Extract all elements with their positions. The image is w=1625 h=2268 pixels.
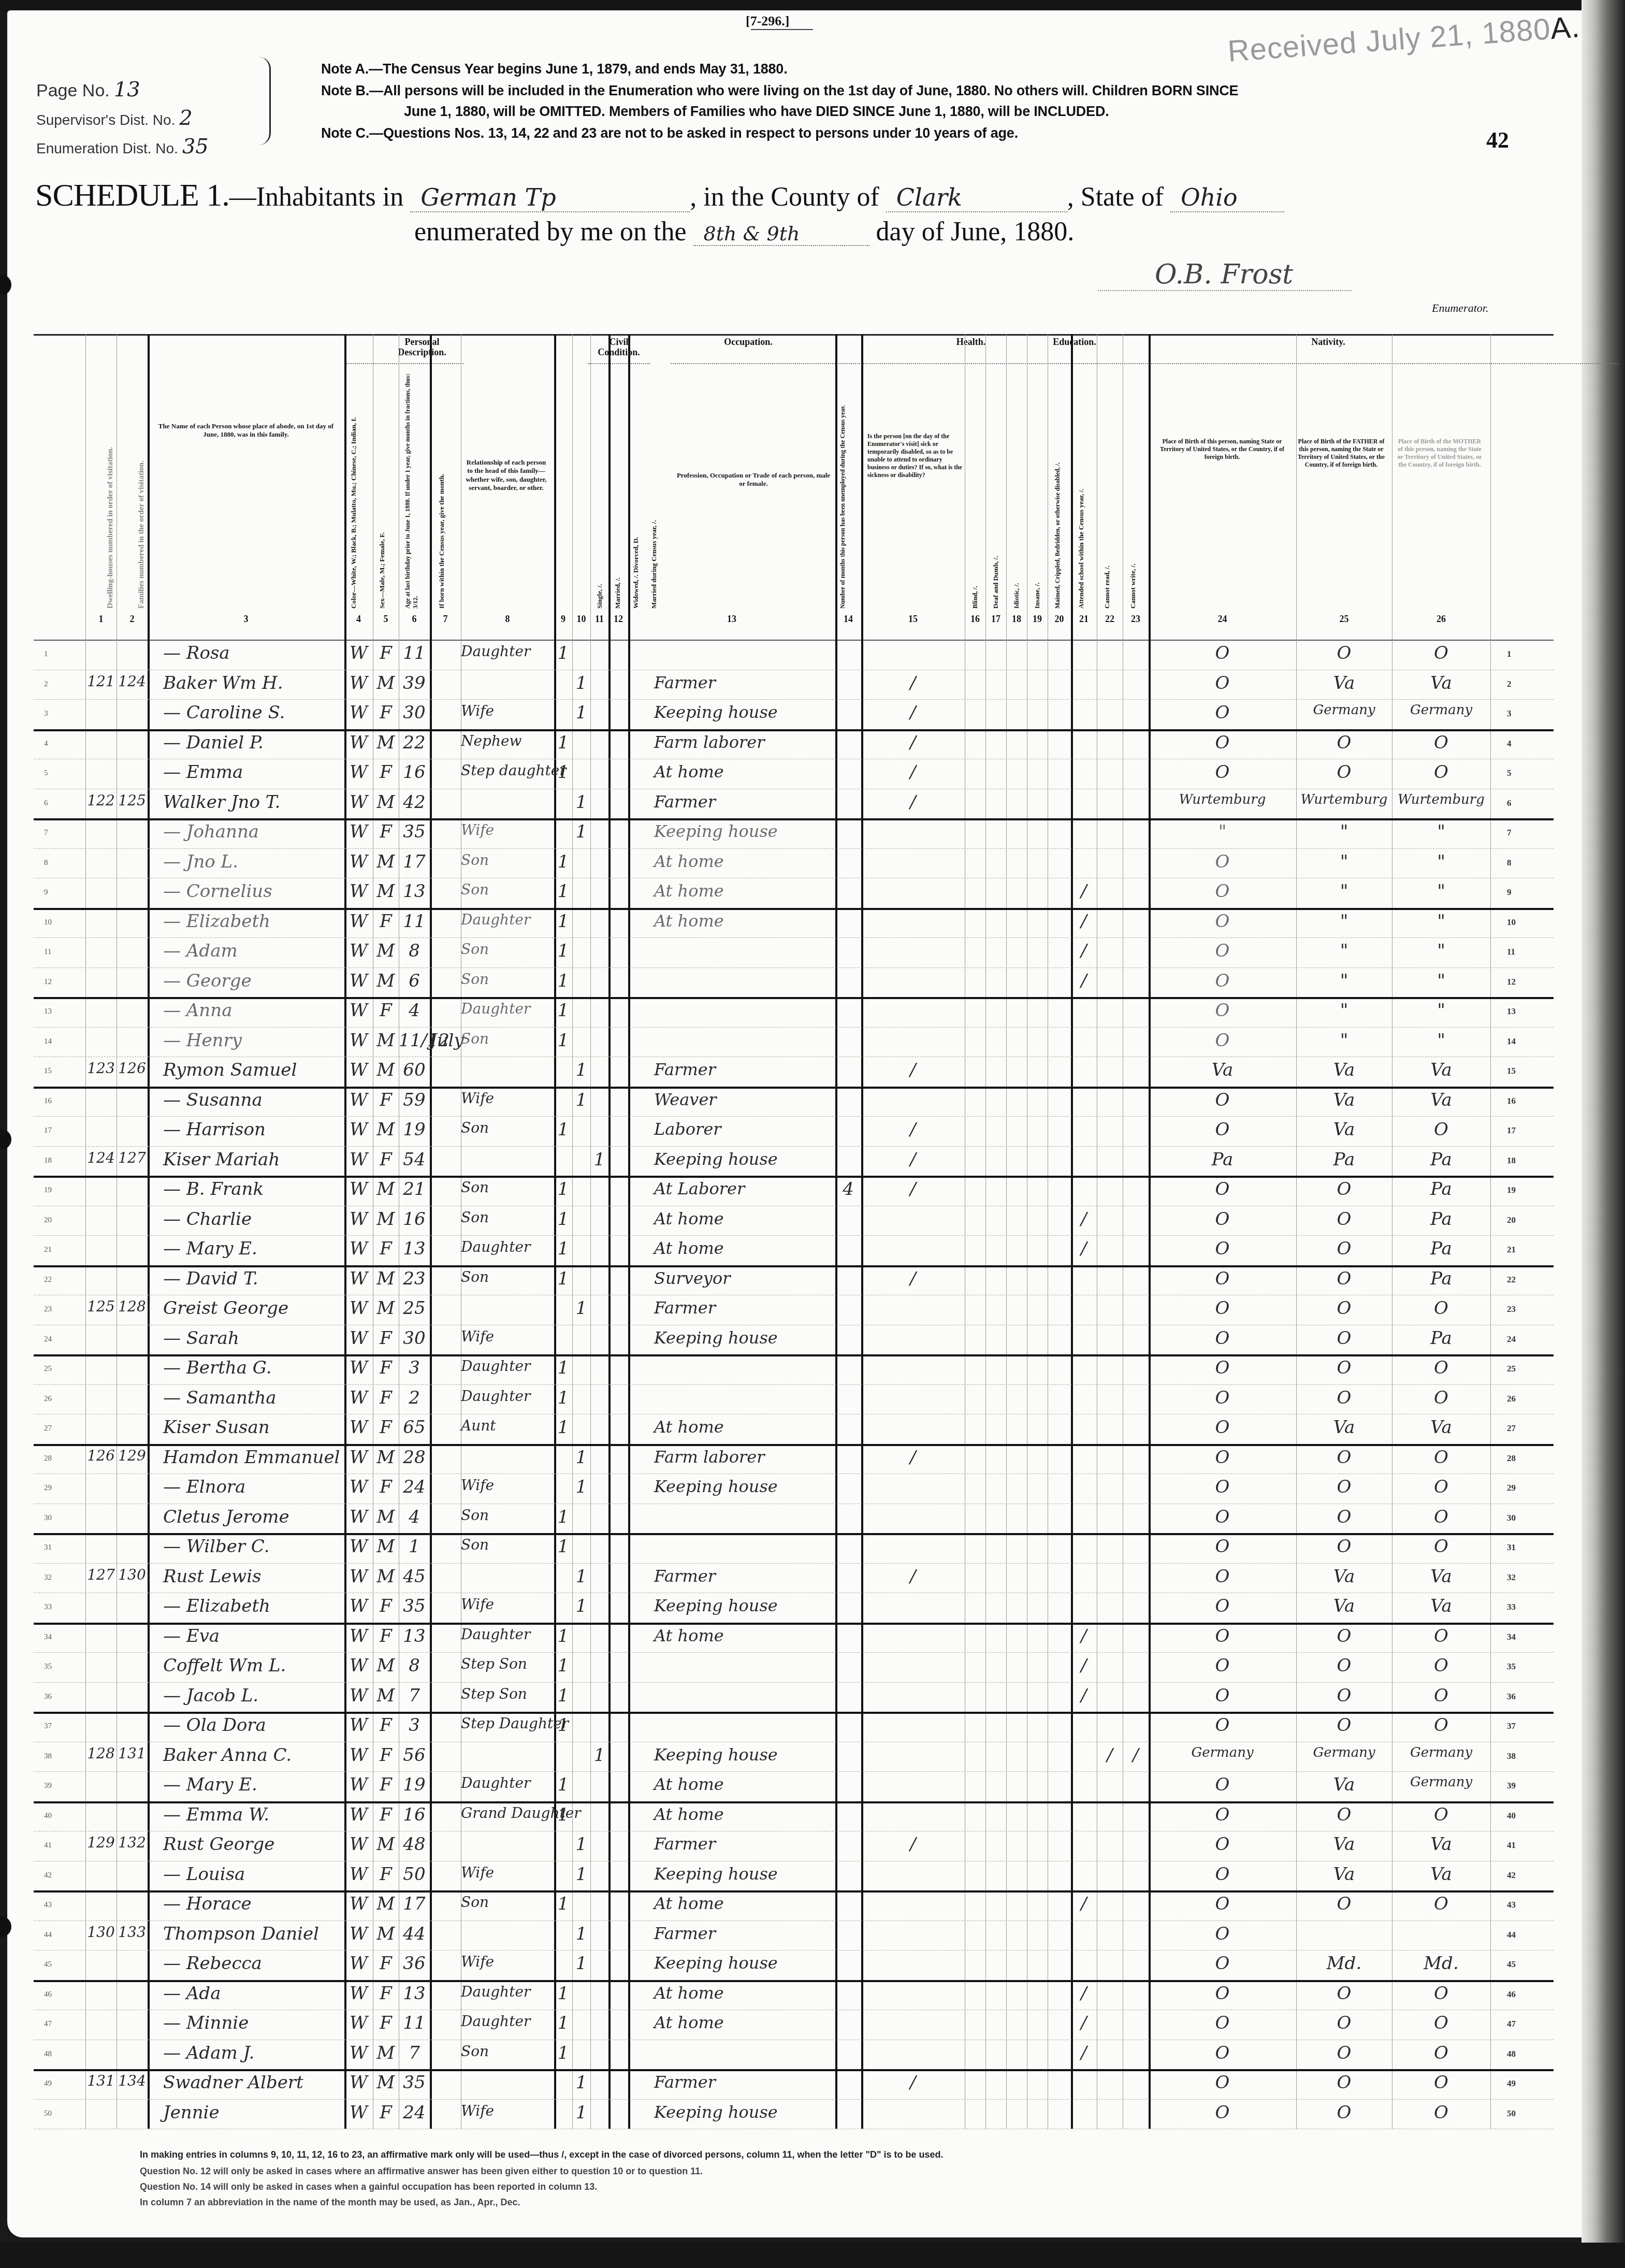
column-number: 24 [1149,614,1296,625]
occupation: Keeping house [628,1953,861,1973]
father-birthplace: O [1296,1179,1392,1200]
person-name: — Ada [148,1983,360,2004]
line-number: 23 [44,1305,52,1314]
color: W [344,881,373,902]
married: 1 [572,1834,590,1855]
column-number: 18 [1006,614,1027,625]
color: W [344,1983,373,2004]
birthplace: O [1149,911,1296,932]
mother-birthplace: Wurtemburg [1392,792,1490,807]
father-birthplace: Va [1296,1090,1392,1110]
occupation: At home [628,2013,861,2032]
line-number: 50 [44,2110,52,2118]
relationship: Son [461,1536,554,1553]
sex: F [373,1477,399,1497]
birthplace: O [1149,1090,1296,1110]
sex: F [373,2013,399,2033]
widowed: 1 [590,1149,608,1170]
birthplace: O [1149,1298,1296,1319]
occupation: At home [628,1894,861,1913]
father-birthplace: Va [1296,1566,1392,1587]
color: W [344,821,373,842]
line-number: 45 [1507,1959,1516,1970]
married: 1 [572,1298,590,1319]
header-insane: Insane, /. [1033,552,1041,609]
enumeration-date: enumerated by me on the 8th & 9th day of… [414,216,1074,247]
birthplace: O [1149,1268,1296,1289]
age: 59 [399,1090,430,1110]
father-birthplace: " [1296,851,1392,872]
father-birthplace: " [1296,1000,1392,1021]
age: 28 [399,1447,430,1468]
line-number: 11 [44,948,51,957]
line-number: 46 [44,1990,52,1999]
person-name: — Samantha [148,1388,360,1408]
birthplace: O [1149,1626,1296,1646]
age: 11 [399,643,430,663]
line-number: 36 [1507,1692,1516,1702]
occupation: At home [628,911,861,931]
line-number: 16 [44,1097,52,1106]
table-row: 1212— GeorgeWM6Son1/O"" [34,967,1554,1000]
birthplace: O [1149,1894,1296,1914]
mother-birthplace: Va [1392,673,1490,694]
line-number: 43 [1507,1900,1516,1910]
occupation: At home [628,1209,861,1229]
occupation: Farmer [628,1924,861,1943]
birthplace: O [1149,1566,1296,1587]
mother-birthplace: O [1392,1804,1490,1825]
mother-birthplace: O [1392,643,1490,663]
line-number: 3 [44,710,48,718]
mother-birthplace: Md. [1392,1953,1490,1974]
line-number: 12 [44,978,52,987]
married: 1 [572,1953,590,1974]
mother-birthplace: Va [1392,1417,1490,1438]
header-widowed: Widowed, /. Divorced, D. [632,464,640,609]
scan-bottom-edge [0,2243,1625,2268]
enumeration-dist: Enumeration Dist. No.35 [36,135,209,158]
mother-birthplace: O [1392,1357,1490,1378]
sex: F [373,1238,399,1259]
line-number: 31 [1507,1542,1516,1553]
sex: F [373,1000,399,1021]
color: W [344,702,373,723]
line-number: 14 [1507,1036,1516,1047]
person-name: Jennie [148,2102,360,2123]
single: 1 [554,1238,572,1259]
attended-school: / [1071,1655,1097,1676]
table-row: 3535Coffelt Wm L.WM8Step Son1/OOO [34,1652,1554,1683]
sex: M [373,732,399,753]
person-name: — Elnora [148,1477,360,1497]
line-number: 1 [44,650,48,659]
occupation: Keeping house [628,1149,861,1169]
birthplace: O [1149,1030,1296,1051]
mother-birthplace: Va [1392,1864,1490,1885]
age: 21 [399,1179,430,1200]
table-row: 2424— SarahWF30WifeKeeping houseOOPa [34,1325,1554,1357]
age: 42 [399,792,430,813]
group-personal: Personal Description. [381,337,463,358]
father-birthplace: " [1296,821,1392,842]
line-number: 21 [1507,1245,1516,1255]
mother-birthplace: O [1392,1983,1490,2004]
married: 1 [572,792,590,813]
birthplace: O [1149,1507,1296,1527]
table-row: 3131— Wilber C.WM1Son1OOO [34,1533,1554,1564]
line-number: 43 [44,1901,52,1910]
column-number: 13 [628,614,835,625]
birthplace: Va [1149,1060,1296,1080]
birthplace: O [1149,1924,1296,1944]
person-name: — Emma [148,762,360,783]
relationship: Wife [461,1090,554,1107]
age: 22 [399,732,430,753]
sex: F [373,1328,399,1349]
table-row: 1313— AnnaWF4Daughter1O"" [34,997,1554,1028]
color: W [344,1774,373,1795]
person-name: — Adam [148,941,360,961]
dwelling-number: 129 [85,1834,117,1851]
person-name: — Anna [148,1000,360,1021]
occupation: Keeping house [628,702,861,722]
column-number: 6 [399,614,430,625]
header-married-year: Married during Census year, /. [650,438,658,609]
person-name: — Mary E. [148,1238,360,1259]
mother-birthplace: Va [1392,1596,1490,1616]
color: W [344,1894,373,1914]
age: 13 [399,881,430,902]
relationship: Son [461,1119,554,1136]
occupation: At home [628,1626,861,1645]
married: 1 [572,1477,590,1497]
sex: M [373,1060,399,1080]
line-number: 11 [1507,947,1515,957]
note-a: Note A.—The Census Year begins June 1, 1… [321,61,787,77]
age: 1 [399,1536,430,1557]
person-name: — Eva [148,1626,360,1646]
line-number: 32 [1507,1572,1516,1583]
person-name: — David T. [148,1268,360,1289]
line-number: 44 [44,1931,52,1940]
header-sex: Sex—Male, M.; Female, F. [378,370,386,609]
line-number: 9 [44,888,48,897]
person-name: — Harrison [148,1119,360,1140]
table-row: 1010— ElizabethWF11Daughter1At home/O"" [34,908,1554,938]
family-number: 134 [117,2072,148,2089]
birthplace: Germany [1149,1745,1296,1760]
dwelling-number: 125 [85,1298,117,1315]
table-row: 33— Caroline S.WF30Wife1Keeping house/OG… [34,699,1554,731]
family-number: 127 [117,1149,148,1166]
line-number: 12 [1507,977,1516,987]
single: 1 [554,1209,572,1230]
age: 13 [399,1238,430,1259]
color: W [344,1715,373,1736]
table-row: 3333— ElizabethWF35Wife1Keeping houseOVa… [34,1593,1554,1625]
dwelling-number: 126 [85,1447,117,1464]
color: W [344,2072,373,2093]
sex: M [373,1685,399,1706]
line-number: 47 [1507,2019,1516,2029]
sickness: / [861,1834,965,1855]
birthplace: O [1149,1000,1296,1021]
line-number: 18 [44,1157,52,1165]
birthplace: O [1149,1388,1296,1408]
person-name: — Cornelius [148,881,360,902]
single: 1 [554,1507,572,1527]
birthplace: O [1149,1864,1296,1885]
age: 39 [399,673,430,694]
person-name: — Elizabeth [148,911,360,932]
age: 13 [399,1626,430,1646]
married: 1 [572,1924,590,1944]
color: W [344,1685,373,1706]
color: W [344,911,373,932]
relationship: Son [461,1030,554,1047]
age: 16 [399,762,430,783]
age: 35 [399,2072,430,2093]
column-number: 3 [148,614,344,625]
sickness: / [861,762,965,783]
header-name: The Name of each Person whose place of a… [150,422,342,439]
group-nativity: Nativity. [1121,337,1535,348]
line-number: 27 [1507,1423,1516,1434]
occupation: At home [628,1238,861,1258]
table-row: 3030Cletus JeromeWM4Son1OOO [34,1504,1554,1536]
occupation: Farmer [628,673,861,692]
birthplace: O [1149,702,1296,723]
sickness: / [861,1566,965,1587]
line-number: 22 [44,1276,52,1284]
header-dwelling: Dwelling-houses numbered in order of vis… [106,438,115,609]
married: 1 [572,1060,590,1080]
birthplace: O [1149,1715,1296,1736]
column-number: 10 [572,614,590,625]
sex: F [373,1149,399,1170]
line-number: 46 [1507,1989,1516,2000]
person-name: — B. Frank [148,1179,360,1200]
married: 1 [572,702,590,723]
mother-birthplace: O [1392,1626,1490,1646]
sex: F [373,1745,399,1766]
mother-birthplace: O [1392,1715,1490,1736]
relationship: Wife [461,1596,554,1613]
relationship: Son [461,1209,554,1226]
table-row: 3434— EvaWF13Daughter1At home/OOO [34,1623,1554,1653]
county-field: Clark [886,183,1067,212]
sex: M [373,1030,399,1051]
color: W [344,1507,373,1527]
color: W [344,1804,373,1825]
relationship: Daughter [461,911,554,928]
relationship: Son [461,1179,554,1196]
column-number: 1 [85,614,117,625]
line-number: 7 [44,829,48,837]
occupation: Farmer [628,2072,861,2092]
father-birthplace: O [1296,1298,1392,1319]
age: 3 [399,1357,430,1378]
age: 56 [399,1745,430,1766]
line-number: 29 [44,1484,52,1493]
line-number: 1 [1507,649,1512,659]
age: 17 [399,1894,430,1914]
line-number: 34 [1507,1632,1516,1642]
date-field: 8th & 9th [693,222,869,246]
occupation: Keeping house [628,1477,861,1496]
table-row: 5050JennieWF24Wife1Keeping houseOOO [34,2099,1554,2130]
line-number: 33 [44,1603,52,1612]
column-number: 7 [430,614,461,625]
header-father-birthplace: Place of Birth of the FATHER of this per… [1297,438,1385,469]
color: W [344,1090,373,1110]
column-number: 2 [117,614,148,625]
occupation: At home [628,1804,861,1824]
father-birthplace: O [1296,1894,1392,1914]
person-name: — Adam J. [148,2043,360,2063]
mother-birthplace: O [1392,2102,1490,2123]
single: 1 [554,1179,572,1200]
father-birthplace: O [1296,1626,1392,1646]
header-married: Married, /. [614,541,622,609]
father-birthplace: Va [1296,673,1392,694]
color: W [344,2102,373,2123]
line-number: 35 [1507,1662,1516,1672]
family-number: 132 [117,1834,148,1851]
relationship: Son [461,941,554,958]
line-number: 19 [1507,1185,1516,1195]
line-number: 38 [1507,1751,1516,1761]
father-birthplace: " [1296,911,1392,932]
age: 23 [399,1268,430,1289]
sex: M [373,1298,399,1319]
father-birthplace: O [1296,1447,1392,1468]
occupation: Laborer [628,1119,861,1139]
color: W [344,1864,373,1885]
column-number: 9 [554,614,572,625]
header-cannot-write: Cannot write, /. [1129,505,1137,609]
birthplace: O [1149,941,1296,961]
family-number: 126 [117,1060,148,1077]
occupation: Farm laborer [628,1447,861,1467]
line-number: 6 [1507,798,1512,808]
father-birthplace: O [1296,1209,1392,1230]
group-education: Education. [1038,337,1111,348]
color: W [344,1298,373,1319]
birthplace: O [1149,2102,1296,2123]
person-name: Hamdon Emmanuel [148,1447,360,1468]
line-number: 18 [1507,1155,1516,1166]
color: W [344,673,373,694]
column-number: 8 [461,614,554,625]
person-name: Walker Jno T. [148,792,360,813]
person-name: Swadner Albert [148,2072,360,2093]
line-number: 32 [44,1573,52,1582]
sex: M [373,851,399,872]
table-row: 3737— Ola DoraWF3Step Daughter1OOO [34,1712,1554,1742]
sickness: / [861,1447,965,1468]
age: 16 [399,1804,430,1825]
line-number: 2 [1507,679,1512,689]
line-number: 28 [44,1454,52,1463]
header-school: Attended school within the Census year, … [1077,370,1085,609]
color: W [344,1149,373,1170]
birthplace: O [1149,1447,1296,1468]
header-single: Single, /. [596,541,604,609]
table-row: 1111— AdamWM8Son1/O"" [34,937,1554,968]
line-number: 3 [1507,709,1512,719]
color: W [344,851,373,872]
sickness: / [861,673,965,694]
occupation: Weaver [628,1090,861,1109]
column-number: 4 [344,614,373,625]
color: W [344,1655,373,1676]
married: 1 [572,673,590,694]
line-number: 40 [1507,1811,1516,1821]
mother-birthplace: Va [1392,1090,1490,1110]
sex: M [373,1119,399,1140]
single: 1 [554,762,572,783]
sex: M [373,1924,399,1944]
footnote-4: In column 7 an abbreviation in the name … [140,2197,520,2208]
age: 25 [399,1298,430,1319]
relationship: Aunt [461,1417,554,1434]
header-mother-birthplace: Place of Birth of the MOTHER of this per… [1396,438,1484,469]
sickness: / [861,792,965,813]
married: 1 [572,1596,590,1616]
sex: F [373,1596,399,1616]
table-row: 4444130133Thompson DanielWM441FarmerO [34,1920,1554,1951]
line-number: 50 [1507,2108,1516,2119]
table-row: 3838128131Baker Anna C.WF561Keeping hous… [34,1742,1554,1772]
line-number: 37 [44,1722,52,1731]
father-birthplace: O [1296,2072,1392,2093]
line-number: 42 [44,1871,52,1880]
occupation: Keeping house [628,1596,861,1615]
single: 1 [554,1626,572,1646]
table-row: 4040— Emma W.WF16Grand Daughter1At homeO… [34,1801,1554,1832]
line-number: 20 [1507,1215,1516,1225]
line-number: 39 [44,1782,52,1790]
birthplace: O [1149,732,1296,753]
single: 1 [554,643,572,663]
relationship: Daughter [461,1238,554,1255]
color: W [344,762,373,783]
color: W [344,1626,373,1646]
line-number: 48 [1507,2049,1516,2059]
birthplace: O [1149,851,1296,872]
relationship: Son [461,881,554,898]
enumerator-signature: O.B. Frost [1098,259,1352,291]
column-number: 15 [861,614,965,625]
table-row: 1515123126Rymon SamuelWM601Farmer/VaVaVa [34,1057,1554,1089]
line-number: 30 [44,1514,52,1523]
sex: F [373,643,399,663]
footnote-1: In making entries in columns 9, 10, 11, … [140,2149,944,2160]
father-birthplace: O [1296,1268,1392,1289]
table-row: 4646— AdaWF13Daughter1At home/OOO [34,1980,1554,2011]
age: 11/12 [399,1030,430,1051]
relationship: Daughter [461,1626,554,1643]
line-number: 15 [1507,1066,1516,1076]
sex: F [373,1090,399,1110]
color: W [344,1388,373,1408]
dwelling-number: 130 [85,1924,117,1941]
single: 1 [554,1685,572,1706]
father-birthplace: O [1296,1357,1392,1378]
mother-birthplace: Pa [1392,1238,1490,1259]
